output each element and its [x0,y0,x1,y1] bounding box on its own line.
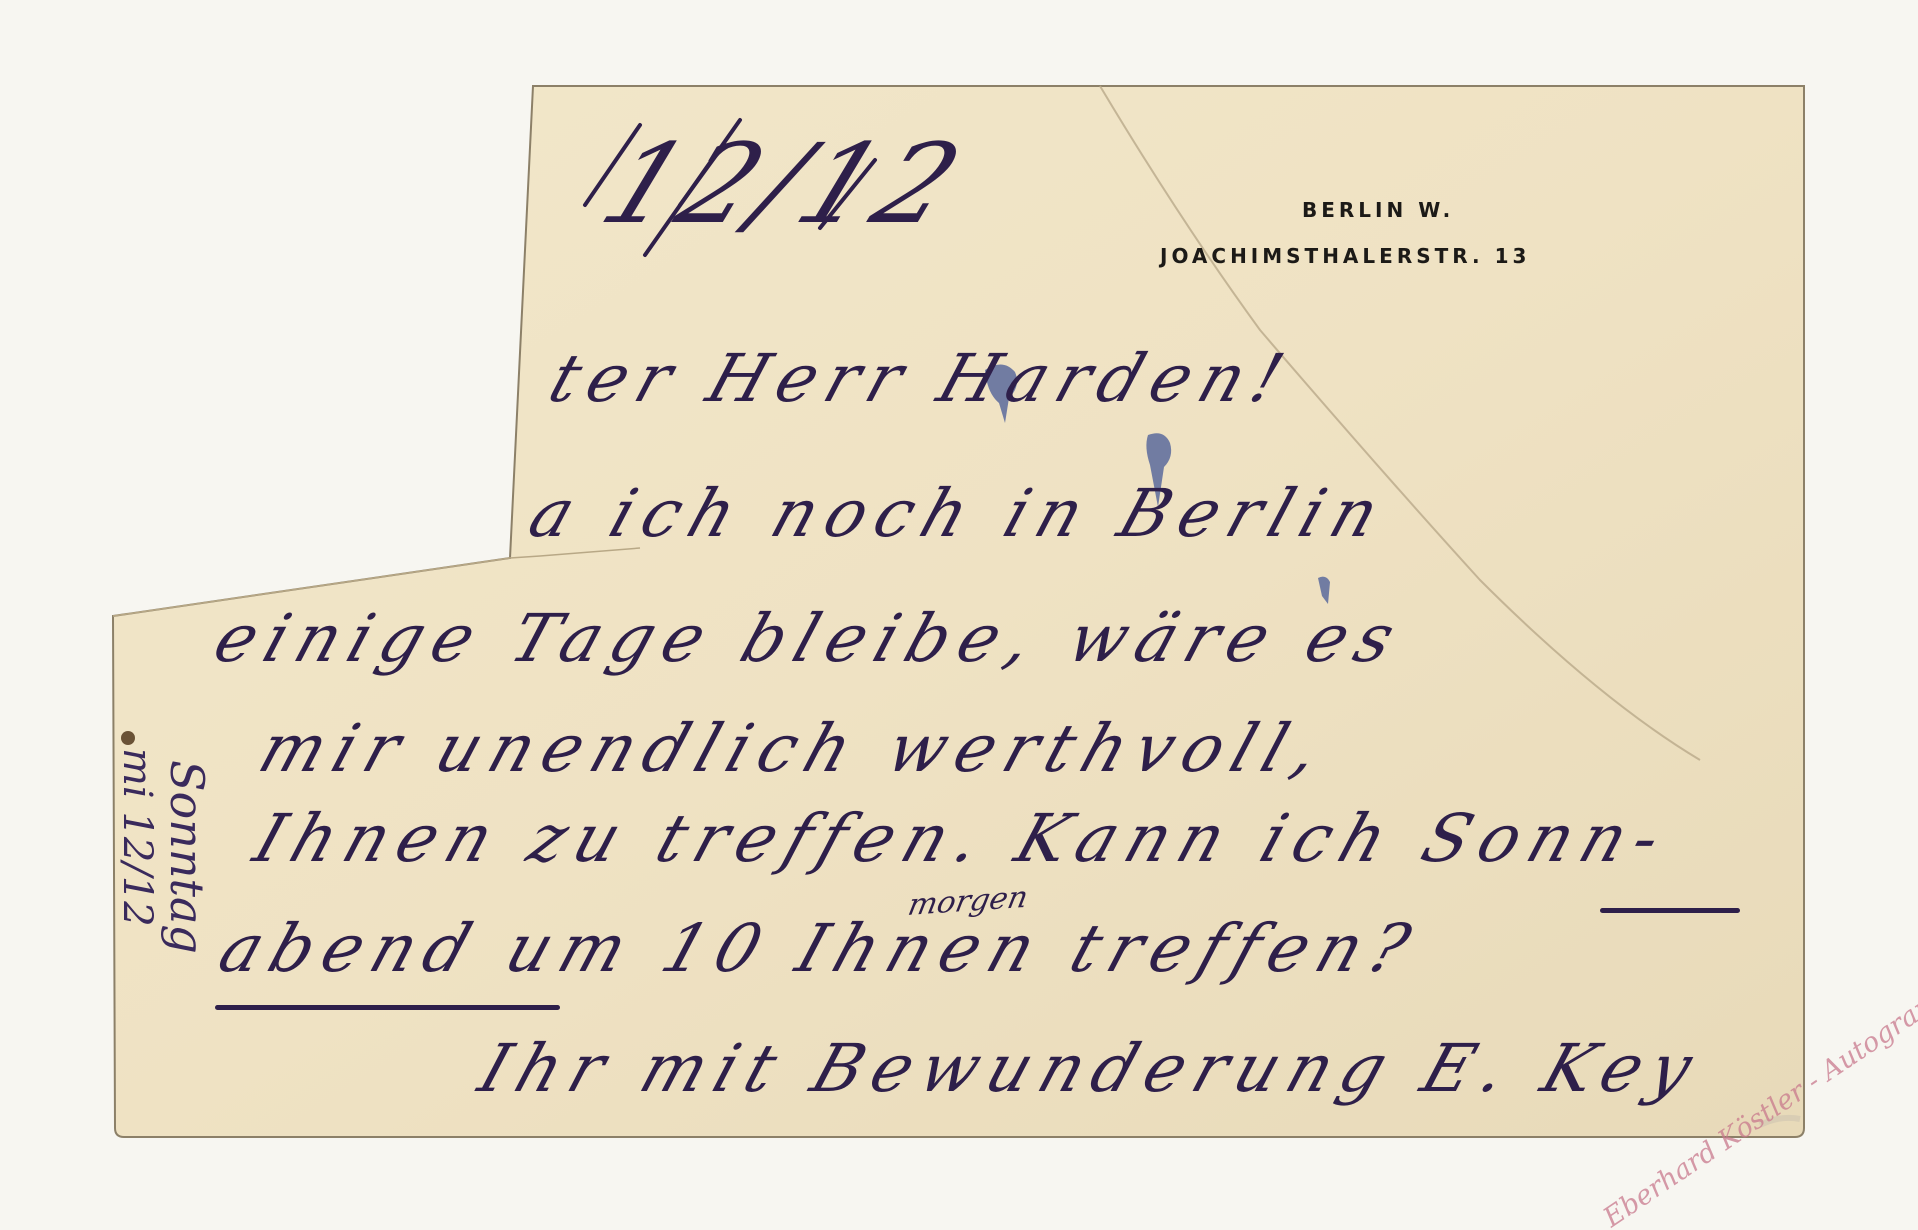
scanned-card-scene: BERLIN W. JOACHIMSTHALERSTR. 13 12/12 te… [0,0,1918,1230]
handwritten-line-7-signature: Ihr mit Bewunderung E. Key [470,1030,1712,1107]
letterhead-street: JOACHIMSTHALERSTR. 13 [1160,244,1530,268]
letterhead-city: BERLIN W. [1302,198,1454,222]
margin-note-date: mi 12/12 [114,748,160,927]
handwritten-line-2: a ich noch in Berlin [520,475,1398,552]
handwritten-date: 12/12 [585,120,984,248]
handwritten-line-6: abend um 10 Ihnen treffen? [210,910,1429,987]
handwritten-line-5: Ihnen zu treffen. Kann ich Sonn- [245,800,1680,877]
underline-sonn [1600,908,1740,913]
handwritten-line-3: einige Tage bleibe, wäre es [205,600,1414,677]
underline-abend [215,1005,560,1010]
margin-note-day: Sonntag [160,760,214,954]
handwritten-line-1: ter Herr Harden! [540,340,1303,417]
handwritten-line-4: mir unendlich werthvoll, [250,710,1339,787]
